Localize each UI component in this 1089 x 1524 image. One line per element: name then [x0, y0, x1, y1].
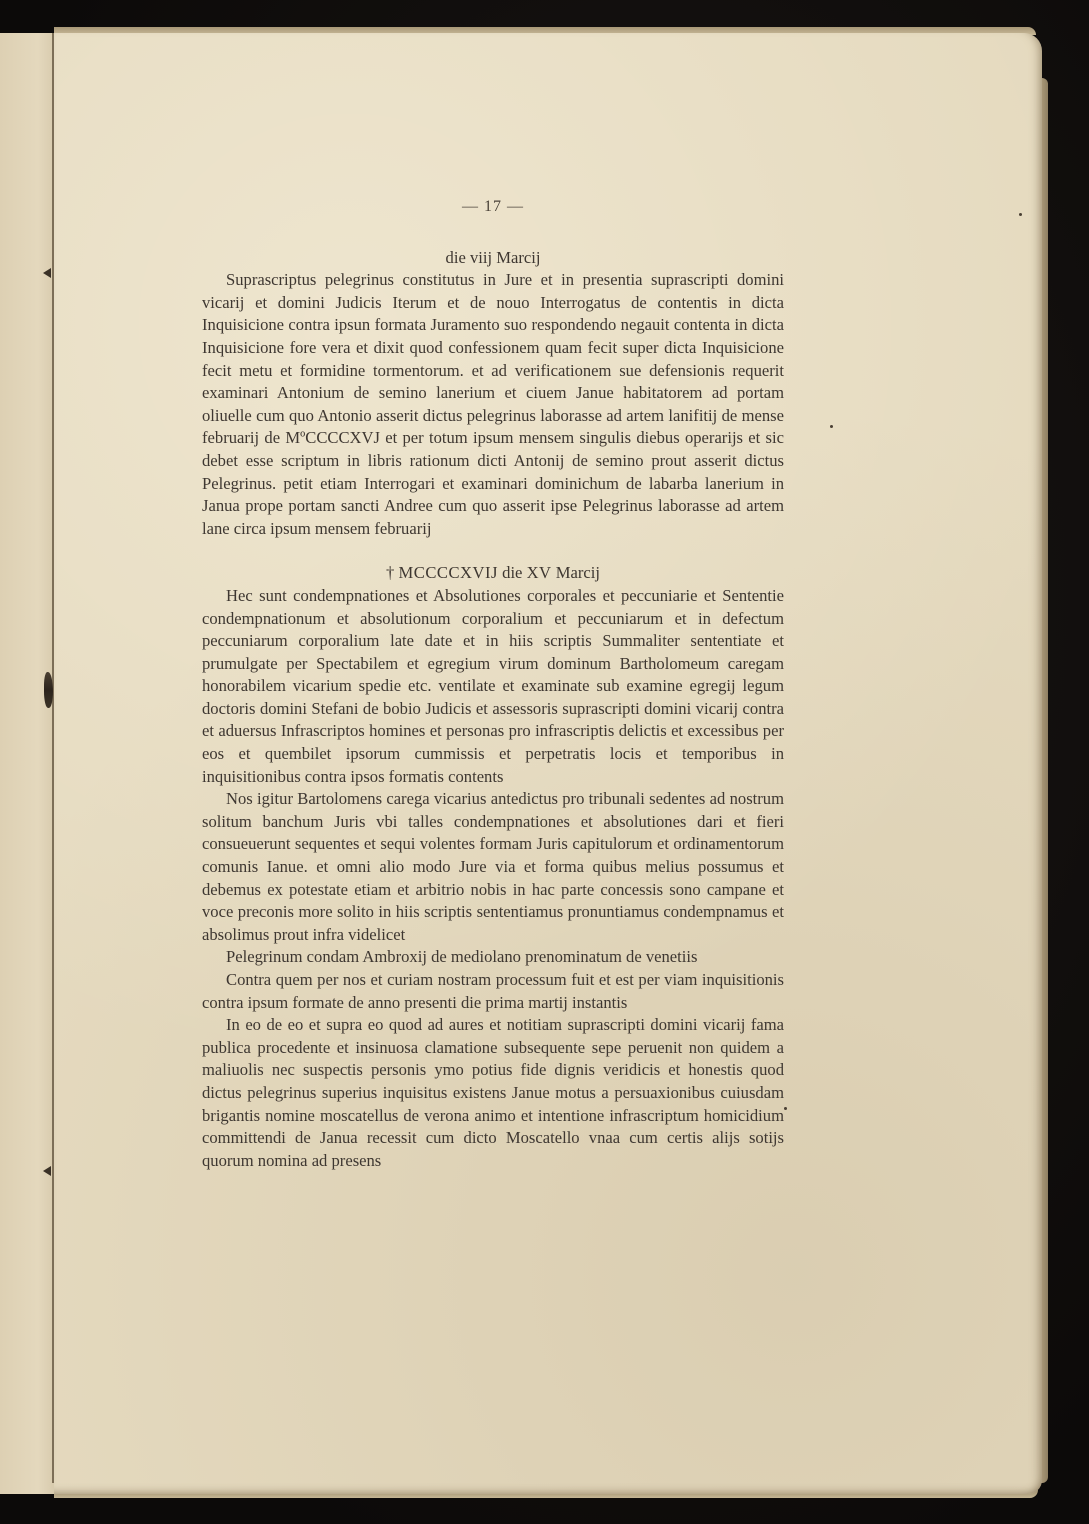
document-text: — 17 — die viij Marcij Suprascriptus pel… [202, 196, 784, 1172]
stray-ink-dot [784, 1107, 787, 1110]
heading-die: die [502, 563, 522, 582]
paragraph: Pelegrinum condam Ambroxij de mediolano … [202, 946, 784, 969]
left-facing-page-edge [0, 33, 54, 1494]
paragraph: Suprascriptus pelegrinus constitutus in … [202, 269, 784, 540]
heading-day: XV [527, 563, 552, 582]
cross-icon: † [386, 563, 394, 582]
heading-year: MCCCCXVIJ [399, 563, 498, 582]
stray-ink-dot [830, 425, 833, 428]
section-heading-date: die viij Marcij [202, 247, 784, 270]
paragraph: Hec sunt condempnationes et Absolutiones… [202, 585, 784, 788]
page-number: — 17 — [202, 196, 784, 219]
section-heading-condemnations: † MCCCCXVIJ die XV Marcij [202, 562, 784, 585]
paragraph: In eo de eo et supra eo quod ad aures et… [202, 1014, 784, 1172]
paragraph: Contra quem per nos et curiam nostram pr… [202, 969, 784, 1014]
stray-ink-dot [1019, 213, 1022, 216]
gutter-tear-mark [44, 672, 53, 708]
heading-month: Marcij [556, 563, 600, 582]
paragraph: Nos igitur Bartolomens carega vicarius a… [202, 788, 784, 946]
